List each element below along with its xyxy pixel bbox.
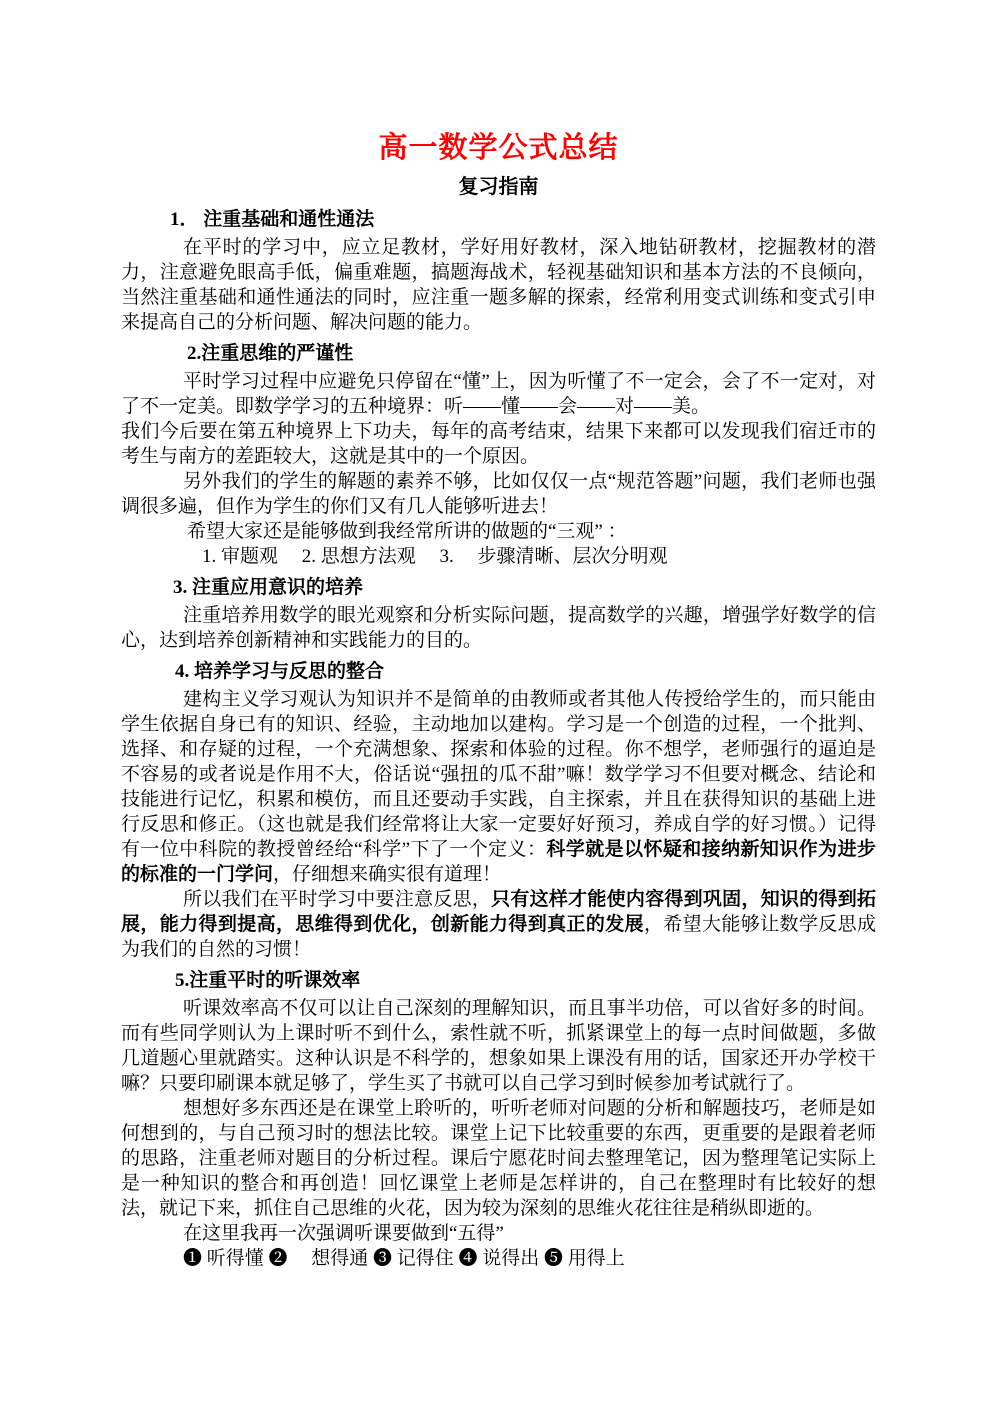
text-run: 建构主义学习观认为知识并不是简单的由教师或者其他人传授给学生的，而只能由学生依据… [121, 689, 876, 860]
text-run: 另外我们的学生的解题的素养不够，比如仅仅一点“规范答题”问题，我们老师也强调很多… [121, 471, 876, 517]
page-subtitle: 复习指南 [121, 175, 876, 199]
paragraph-8: 建构主义学习观认为知识并不是简单的由教师或者其他人传授给学生的，而只能由学生依据… [121, 687, 876, 887]
text-run: 想想好多东西还是在课堂上聆听的，听听老师对问题的分析和解题技巧，老师是如何想到的… [121, 1098, 876, 1219]
text-run: ❶ 听得懂 ❷ 想得通 ❸ 记得住 ❹ 说得出 ❺ 用得上 [183, 1248, 625, 1269]
text-run: ，仔细想来确实很有道理！ [273, 864, 501, 885]
text-run: 1. 审题观 2. 思想方法观 3. 步骤清晰、层次分明观 [202, 546, 668, 567]
text-run: 平时学习过程中应避免只停留在“懂”上，因为听懂了不一定会，会了不一定对，对了不一… [121, 371, 876, 417]
text-run: 所以我们在平时学习中要注意反思， [183, 889, 491, 910]
page-title: 高一数学公式总结 [121, 131, 876, 165]
document-page: 高一数学公式总结 复习指南 1． 注重基础和通性通法在平时的学习中，应立足教材，… [121, 131, 876, 1271]
section-heading-4: 4. 培养学习与反思的整合 [121, 658, 876, 685]
paragraph-5: 希望大家还是能够做到我经常所讲的做题的“三观” ： [121, 519, 876, 544]
paragraph-13: ❶ 听得懂 ❷ 想得通 ❸ 记得住 ❹ 说得出 ❺ 用得上 [121, 1246, 876, 1271]
text-run: 听课效率高不仅可以让自己深刻的理解知识，而且事半功倍，可以省好多的时间。而有些同… [121, 998, 876, 1094]
document-content: 1． 注重基础和通性通法在平时的学习中，应立足教材，学好用好教材，深入地钻研教材… [121, 206, 876, 1271]
paragraph-2: 平时学习过程中应避免只停留在“懂”上，因为听懂了不一定会，会了不一定对，对了不一… [121, 369, 876, 419]
text-run: 希望大家还是能够做到我经常所讲的做题的“三观” ： [187, 521, 627, 542]
paragraph-11: 想想好多东西还是在课堂上聆听的，听听老师对问题的分析和解题技巧，老师是如何想到的… [121, 1096, 876, 1221]
bold-text-run: 1． 注重基础和通性通法 [170, 209, 374, 230]
paragraph-1: 在平时的学习中，应立足教材，学好用好教材，深入地钻研教材，挖掘教材的潜力，注意避… [121, 235, 876, 335]
text-run: 我们今后要在第五种境界上下功夫，每年的高考结束，结果下来都可以发现我们宿迁市的考… [121, 421, 876, 467]
text-run: 在平时的学习中，应立足教材，学好用好教材，深入地钻研教材，挖掘教材的潜力，注意避… [121, 237, 876, 333]
bold-text-run: 2.注重思维的严谨性 [187, 343, 353, 364]
text-run: 注重培养用数学的眼光观察和分析实际问题，提高数学的兴趣，增强学好数学的信心，达到… [121, 605, 876, 651]
paragraph-7: 注重培养用数学的眼光观察和分析实际问题，提高数学的兴趣，增强学好数学的信心，达到… [121, 603, 876, 653]
text-run: 在这里我再一次强调听课要做到“五得” [183, 1223, 504, 1244]
paragraph-6: 1. 审题观 2. 思想方法观 3. 步骤清晰、层次分明观 [121, 544, 876, 569]
section-heading-1: 1． 注重基础和通性通法 [121, 206, 876, 233]
bold-text-run: 4. 培养学习与反思的整合 [175, 661, 384, 682]
section-heading-3: 3. 注重应用意识的培养 [121, 574, 876, 601]
paragraph-12: 在这里我再一次强调听课要做到“五得” [121, 1221, 876, 1246]
paragraph-9: 所以我们在平时学习中要注意反思，只有这样才能使内容得到巩固，知识的得到拓展，能力… [121, 887, 876, 962]
bold-text-run: 3. 注重应用意识的培养 [173, 577, 363, 598]
paragraph-3: 我们今后要在第五种境界上下功夫，每年的高考结束，结果下来都可以发现我们宿迁市的考… [121, 419, 876, 469]
bold-text-run: 5.注重平时的听课效率 [175, 970, 360, 991]
paragraph-4: 另外我们的学生的解题的素养不够，比如仅仅一点“规范答题”问题，我们老师也强调很多… [121, 469, 876, 519]
document-viewport: { "document": { "title": "高一数学公式总结", "ti… [0, 0, 993, 1404]
section-heading-5: 5.注重平时的听课效率 [121, 967, 876, 994]
section-heading-2: 2.注重思维的严谨性 [121, 340, 876, 367]
paragraph-10: 听课效率高不仅可以让自己深刻的理解知识，而且事半功倍，可以省好多的时间。而有些同… [121, 996, 876, 1096]
